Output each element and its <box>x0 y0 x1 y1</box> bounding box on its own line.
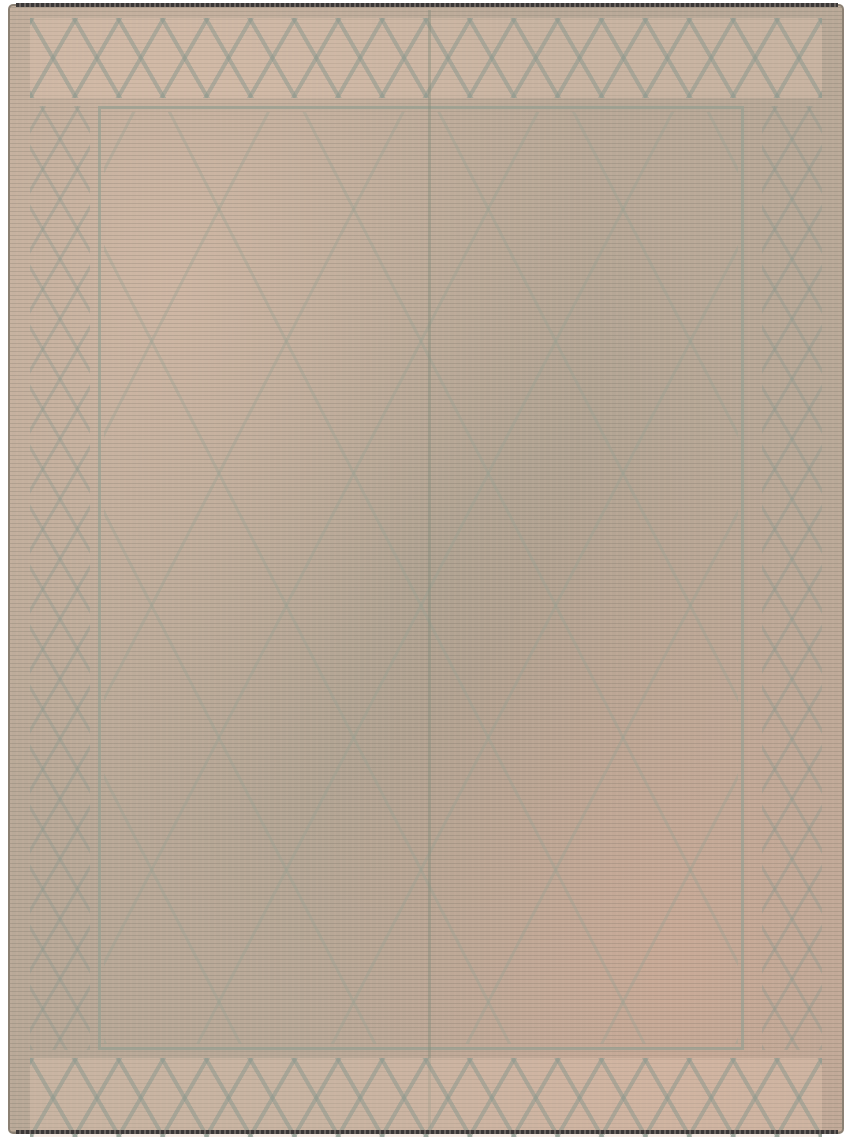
bottom-fringe <box>16 1130 838 1134</box>
diamond-lattice-field <box>104 112 738 1044</box>
top-border-band <box>30 18 822 98</box>
top-fringe <box>16 3 838 7</box>
center-seam <box>428 10 431 1128</box>
bottom-border-band <box>30 1058 822 1137</box>
right-border <box>762 106 822 1050</box>
left-border <box>30 106 90 1050</box>
